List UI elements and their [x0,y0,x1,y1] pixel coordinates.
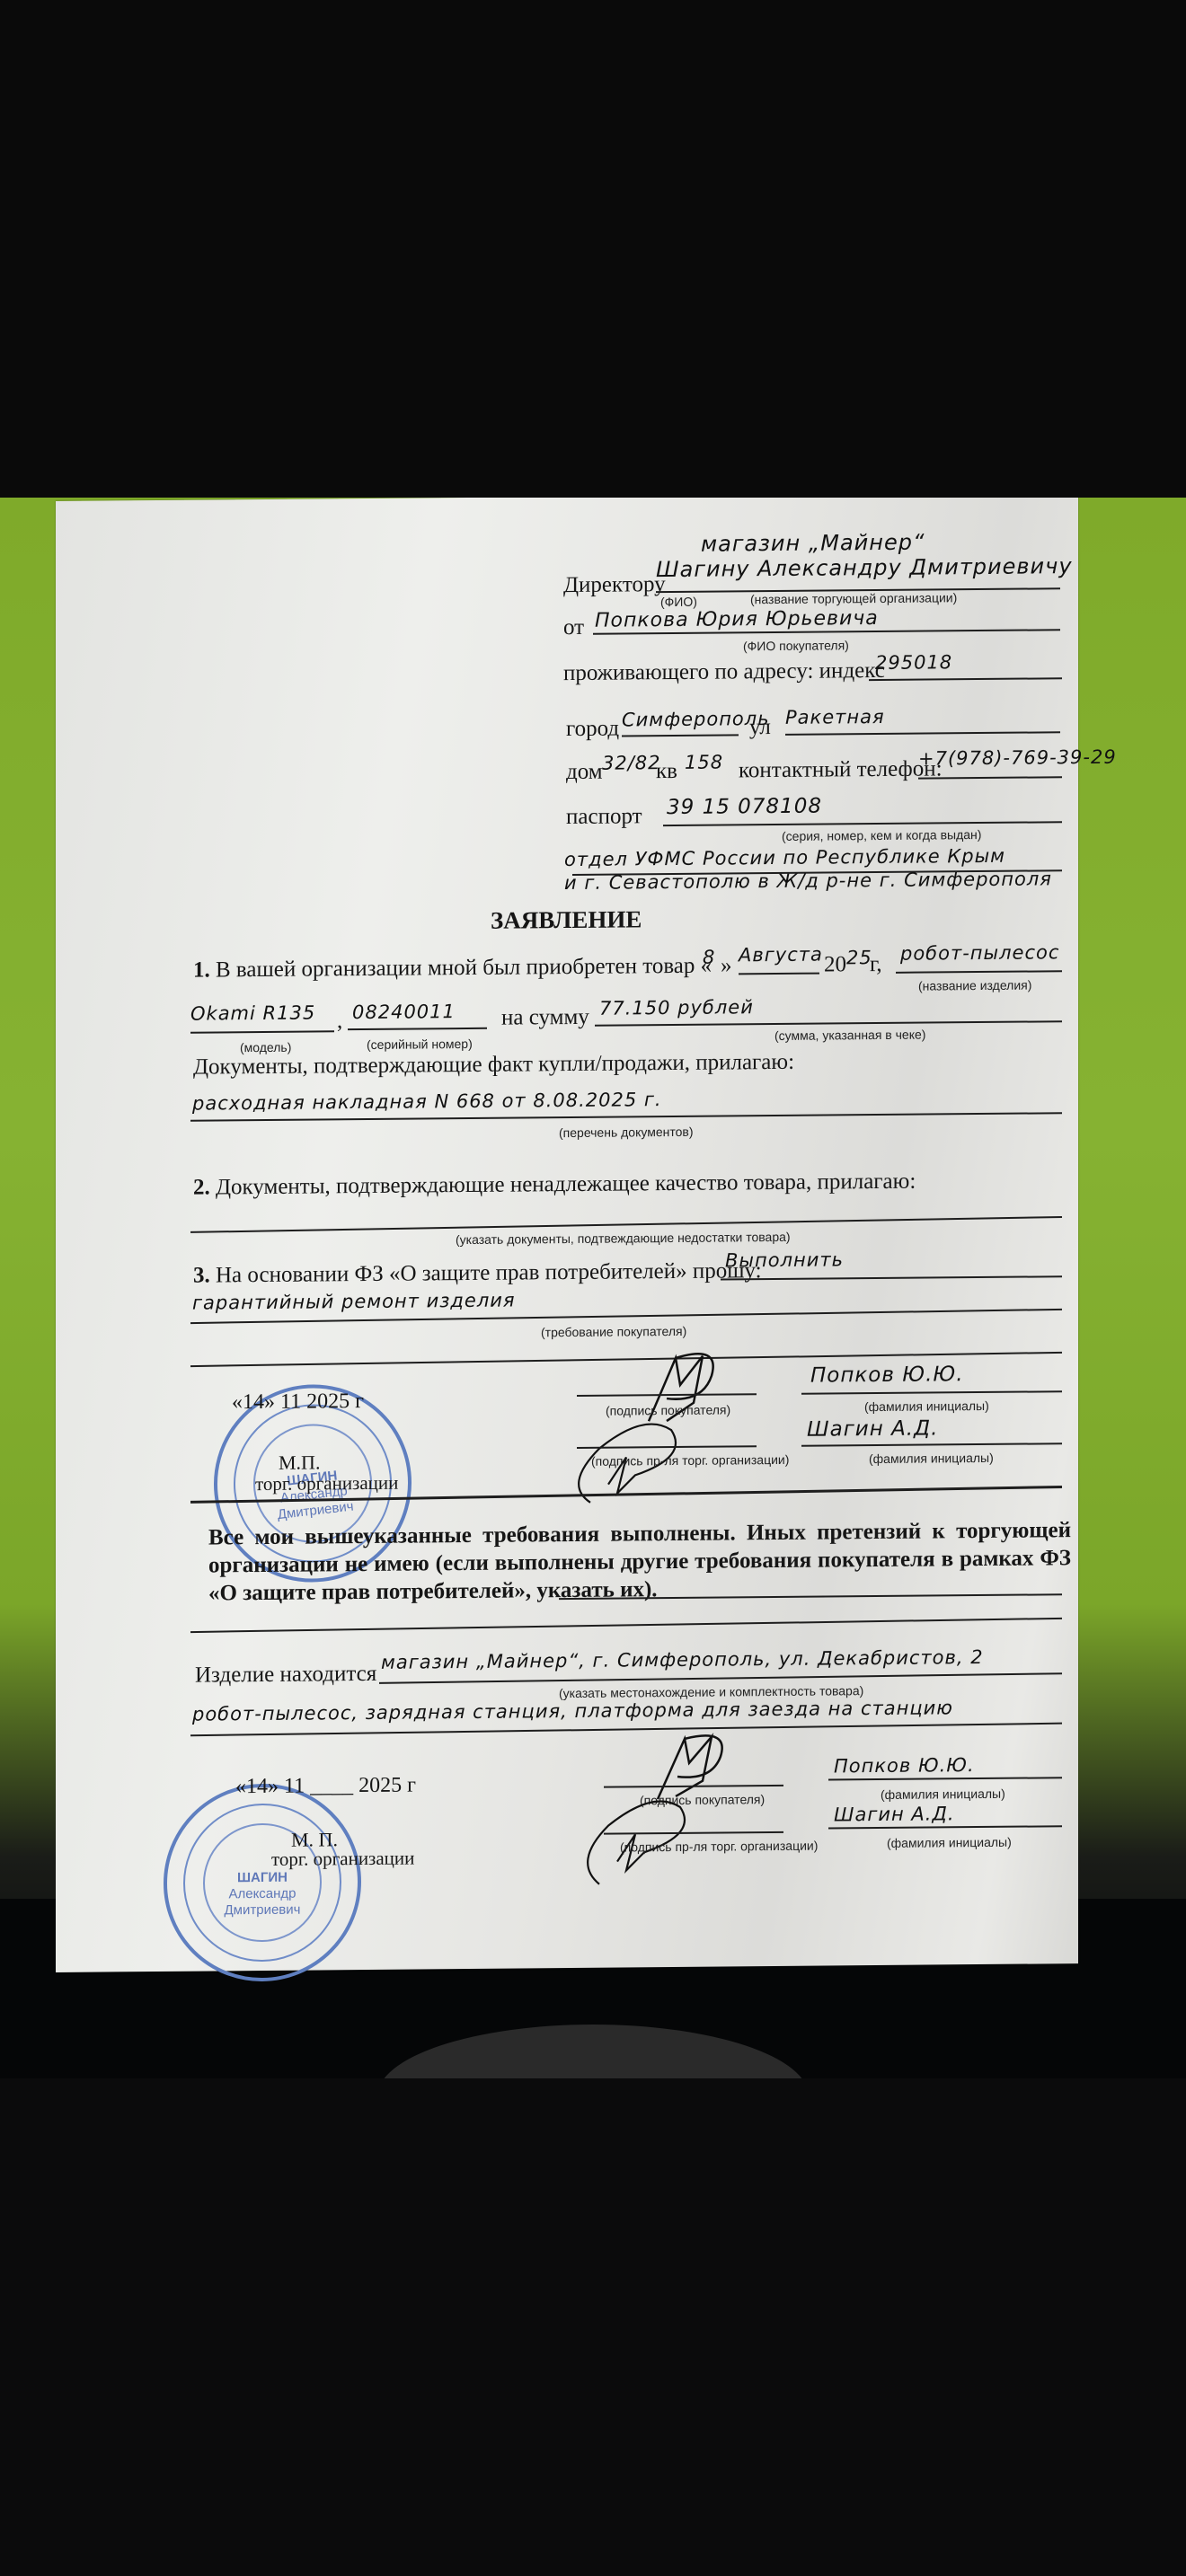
section3-text: На основании ФЗ «О защите прав потребите… [216,1258,762,1287]
top-black-bar [0,0,1186,498]
street-label: ул [749,715,771,740]
product-name: робот-пылесос [900,941,1059,965]
location-value: магазин „Майнер“, г. Симферополь, ул. Де… [381,1646,984,1673]
passport-issued-line2: и г. Севастополю в Ж/д р-не г. Симферопо… [564,868,1052,894]
date-2: «14» 11 ____ 2025 г [235,1774,416,1800]
seller-name-line-1 [801,1442,1062,1447]
completion-paragraph: Все мои вышеуказанные требования выполне… [208,1516,1071,1607]
city-label: город [566,717,619,743]
index-line [869,677,1062,681]
section2-caption: (указать документы, подтвеждающие недост… [456,1230,791,1247]
completion-line2 [190,1618,1062,1633]
address-label: проживающего по адресу: индекс [563,658,885,686]
product-line [896,970,1062,974]
buyer-name-1: Попков Ю.Ю. [810,1363,964,1387]
model-line [190,1030,334,1033]
index-value: 295018 [875,651,952,674]
section3-number: 3. [193,1264,210,1288]
sum-label: на сумму [501,1005,589,1031]
month-line [739,973,819,975]
location-label: Изделие находится [195,1662,376,1689]
buyer-name-caption-1: (фамилия инициалы) [864,1398,989,1414]
model-value: Okami R135 [190,1001,315,1024]
model-serial-comma: , [337,1009,342,1034]
buyer-name-line-2 [828,1777,1062,1780]
kit-value: робот-пылесос, зарядная станция, платфор… [192,1697,953,1725]
house-label: дом [566,760,603,785]
seller-sig-caption-2: (подпись пр-ля торг. организации) [620,1839,818,1855]
section1-number: 1. [193,958,210,983]
serial-line [348,1028,487,1030]
purchase-month: Августа [739,944,823,966]
sum-line [595,1020,1062,1027]
seller-name-caption-2: (фамилия инициалы) [887,1835,1012,1850]
year-suffix: 25 [846,947,872,968]
docs-value: расходная накладная N 668 от 8.08.2025 г… [192,1089,662,1115]
date-1: «14» 11 2025 г [232,1389,364,1415]
location-line [379,1672,1062,1684]
seller-sig-caption-1: (подпись пр-ля торг. организации) [591,1452,789,1469]
section3-line1 [721,1275,1062,1280]
passport-caption: (серия, номер, кем и когда выдан) [782,827,981,843]
docs-line [190,1112,1062,1121]
section2-text: Документы, подтверждающие ненадлежащее к… [216,1169,916,1200]
year-prefix: 20 [824,952,846,977]
house-value: 32/82 [602,752,661,774]
serial-caption: (серийный номер) [367,1037,473,1052]
city-value: Симферополь [622,708,770,730]
sum-value: 77.150 рублей [599,996,754,1019]
section3-caption: (требование покупателя) [541,1324,686,1339]
city-line [622,734,739,737]
apt-value: 158 [685,752,723,773]
street-line [785,731,1060,736]
apt-label: кв [656,759,677,784]
from-caption: (ФИО покупателя) [743,638,849,653]
passport-value: 39 15 078108 [667,795,822,820]
mp-org-2: торг. организации [271,1848,414,1871]
seller-name-1: Шагин А.Д. [807,1416,938,1441]
claim-form-sheet: магазин „Майнер“ Директору Шагину Алекса… [56,498,1078,1972]
docs-caption: (перечень документов) [559,1125,694,1140]
mp-org-1: торг. организации [255,1472,398,1495]
passport-label: паспорт [566,804,642,830]
director-caption-fio: (ФИО) [660,595,697,609]
section3-value-line1: Выполнить [725,1248,844,1271]
director-caption-org: (название торгующей организации) [750,590,957,606]
street-value: Ракетная [785,706,885,728]
model-caption: (модель) [240,1040,291,1055]
passport-issued-line1: отдел УФМС России по Республике Крым [564,845,1005,870]
buyer-name-line-1 [801,1390,1062,1395]
section1-text: В вашей организации мной был приобретен … [216,954,712,983]
mp-label-1: М.П. [279,1451,320,1474]
seller-name-caption-1: (фамилия инициалы) [869,1451,994,1466]
phone-value: +7(978)-769-39-29 [918,746,1117,770]
section2-number: 2. [193,1176,210,1200]
document-photo: магазин „Майнер“ Директору Шагину Алекса… [0,498,1186,2078]
purchase-day: 8 [703,947,715,968]
bottom-black-bar [0,2078,1186,2576]
quote-close: » [721,953,732,978]
page-title: ЗАЯВЛЕНИЕ [491,905,642,934]
buyer-name-2: Попков Ю.Ю. [834,1754,975,1777]
sum-caption: (сумма, указанная в чеке) [774,1028,925,1043]
seller-name-2: Шагин А.Д. [834,1803,955,1825]
buyer-name-caption-2: (фамилия инициалы) [881,1786,1005,1802]
phone-label: контактный телефон: [739,756,943,783]
year-g: г, [870,952,882,977]
serial-value: 08240011 [352,1001,456,1023]
phone-line [918,776,1062,779]
seller-name-line-2 [828,1825,1062,1829]
from-value: Попкова Юрия Юрьевича [595,607,879,632]
kit-line [190,1723,1062,1737]
company-stamp-2: ШАГИН Александр Дмитриевич [164,1783,361,1982]
section3-value-line2: гарантийный ремонт изделия [192,1290,516,1314]
director-value: Шагину Александру Дмитриевичу [656,553,1073,582]
passport-line [663,821,1062,826]
from-label: от [563,615,584,640]
org-name: магазин „Майнер“ [701,530,925,557]
product-caption: (название изделия) [918,978,1031,993]
docs-label: Документы, подтверждающие факт купли/про… [193,1050,794,1081]
director-label: Директору [563,572,666,598]
